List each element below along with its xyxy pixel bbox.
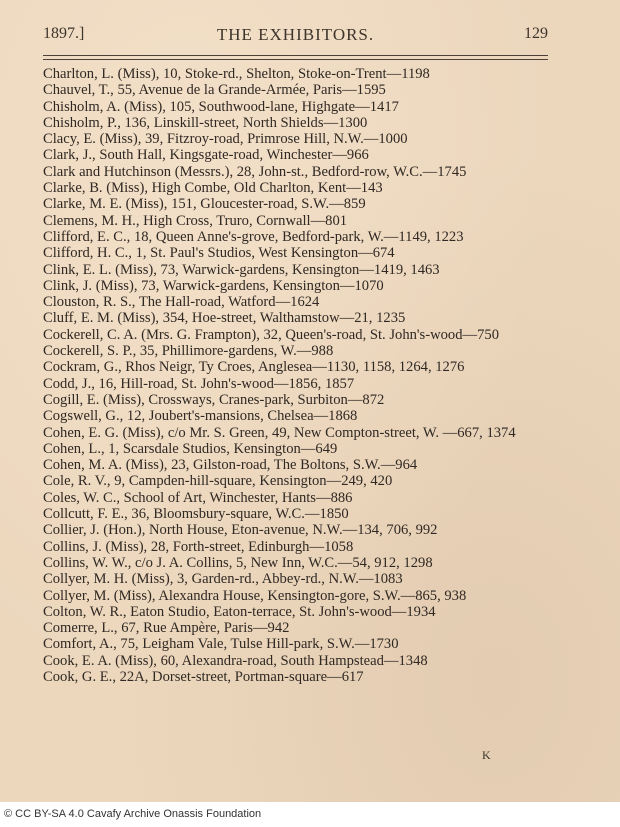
exhibitor-entry: Codd, J., 16, Hill-road, St. John's-wood… <box>43 376 553 392</box>
header-rule-bottom <box>43 59 548 60</box>
exhibitor-entry: Collier, J. (Hon.), North House, Eton-av… <box>43 522 553 538</box>
exhibitor-entry: Cook, G. E., 22A, Dorset-street, Portman… <box>43 669 553 685</box>
header-rule-top <box>43 55 548 56</box>
exhibitor-entry: Clacy, E. (Miss), 39, Fitzroy-road, Prim… <box>43 131 553 147</box>
exhibitor-entry: Clemens, M. H., High Cross, Truro, Cornw… <box>43 213 553 229</box>
exhibitor-entry: Comerre, L., 67, Rue Ampère, Paris—942 <box>43 620 553 636</box>
exhibitor-entry: Clark, J., South Hall, Kingsgate-road, W… <box>43 147 553 163</box>
exhibitor-entry: Cohen, E. G. (Miss), c/o Mr. S. Green, 4… <box>43 425 553 441</box>
exhibitor-entry: Clouston, R. S., The Hall-road, Watford—… <box>43 294 553 310</box>
exhibitor-entry: Cogill, E. (Miss), Crossways, Cranes-par… <box>43 392 553 408</box>
exhibitor-entry: Coles, W. C., School of Art, Winchester,… <box>43 490 553 506</box>
exhibitor-entry: Collyer, M. H. (Miss), 3, Garden-rd., Ab… <box>43 571 553 587</box>
exhibitor-entry: Chisholm, A. (Miss), 105, Southwood-lane… <box>43 99 553 115</box>
exhibitor-entry: Clarke, B. (Miss), High Combe, Old Charl… <box>43 180 553 196</box>
book-page: 1897.] THE EXHIBITORS. 129 Charlton, L. … <box>0 0 620 802</box>
exhibitor-entry: Collcutt, F. E., 36, Bloomsbury-square, … <box>43 506 553 522</box>
exhibitor-entry: Collyer, M. (Miss), Alexandra House, Ken… <box>43 588 553 604</box>
page-number: 129 <box>524 25 548 43</box>
exhibitor-entry: Charlton, L. (Miss), 10, Stoke-rd., Shel… <box>43 66 553 82</box>
exhibitor-entry: Cohen, M. A. (Miss), 23, Gilston-road, T… <box>43 457 553 473</box>
running-header: 1897.] THE EXHIBITORS. 129 <box>43 22 548 48</box>
page-title: THE EXHIBITORS. <box>43 25 548 45</box>
exhibitor-entry: Cohen, L., 1, Scarsdale Studios, Kensing… <box>43 441 553 457</box>
exhibitor-entry: Cook, E. A. (Miss), 60, Alexandra-road, … <box>43 653 553 669</box>
exhibitor-entry: Cogswell, G., 12, Joubert's-mansions, Ch… <box>43 408 553 424</box>
exhibitor-entry: Chisholm, P., 136, Linskill-street, Nort… <box>43 115 553 131</box>
exhibitor-entry: Collins, W. W., c/o J. A. Collins, 5, Ne… <box>43 555 553 571</box>
exhibitor-entry: Cockram, G., Rhos Neigr, Ty Croes, Angle… <box>43 359 553 375</box>
exhibitor-entry: Clarke, M. E. (Miss), 151, Gloucester-ro… <box>43 196 553 212</box>
exhibitor-entry: Cole, R. V., 9, Campden-hill-square, Ken… <box>43 473 553 489</box>
exhibitor-list: Charlton, L. (Miss), 10, Stoke-rd., Shel… <box>43 66 553 685</box>
exhibitor-entry: Clifford, H. C., 1, St. Paul's Studios, … <box>43 245 553 261</box>
exhibitor-entry: Clink, E. L. (Miss), 73, Warwick-gardens… <box>43 262 553 278</box>
exhibitor-entry: Cockerell, S. P., 35, Phillimore-gardens… <box>43 343 553 359</box>
exhibitor-entry: Colton, W. R., Eaton Studio, Eaton-terra… <box>43 604 553 620</box>
exhibitor-entry: Chauvel, T., 55, Avenue de la Grande-Arm… <box>43 82 553 98</box>
exhibitor-entry: Clink, J. (Miss), 73, Warwick-gardens, K… <box>43 278 553 294</box>
exhibitor-entry: Cockerell, C. A. (Mrs. G. Frampton), 32,… <box>43 327 553 343</box>
exhibitor-entry: Clark and Hutchinson (Messrs.), 28, John… <box>43 164 553 180</box>
license-credit: © CC BY-SA 4.0 Cavafy Archive Onassis Fo… <box>4 808 261 820</box>
exhibitor-entry: Collins, J. (Miss), 28, Forth-street, Ed… <box>43 539 553 555</box>
exhibitor-entry: Clifford, E. C., 18, Queen Anne's-grove,… <box>43 229 553 245</box>
signature-mark: K <box>482 748 491 763</box>
exhibitor-entry: Cluff, E. M. (Miss), 354, Hoe-street, Wa… <box>43 310 553 326</box>
exhibitor-entry: Comfort, A., 75, Leigham Vale, Tulse Hil… <box>43 636 553 652</box>
